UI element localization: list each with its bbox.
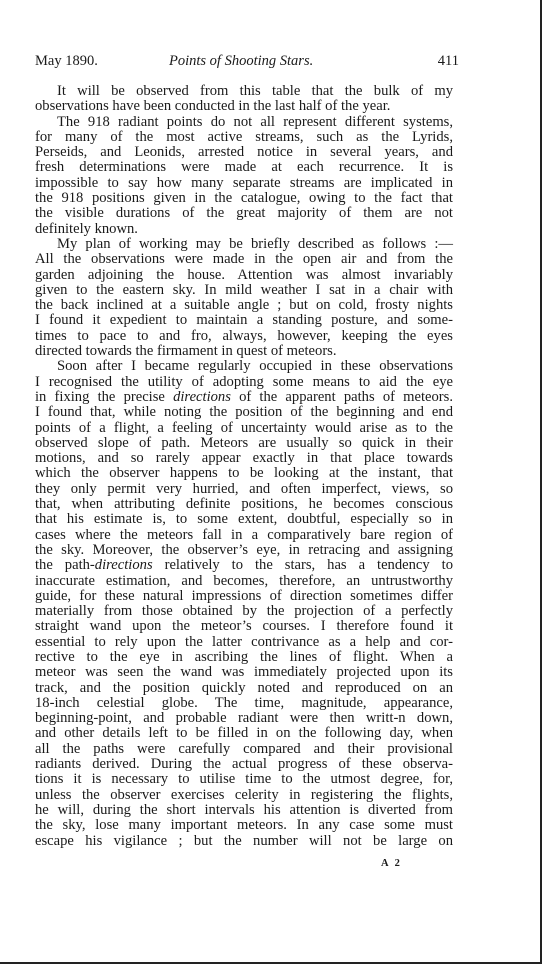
text-line: inaccurate estimation, and becomes, ther… (35, 574, 453, 589)
text-line: essential to rely upon the latter contri… (35, 635, 453, 650)
text-line: Perseids, and Leonids, arrested notice i… (35, 145, 453, 160)
text-line: for many of the most active streams, suc… (35, 130, 453, 145)
article-title: Points of Shooting Stars. (169, 53, 313, 70)
text-line: that, when attributing definite position… (35, 497, 453, 512)
text-line: he will, during the short intervals his … (35, 803, 453, 818)
text-line: materially from those obtained by the pr… (35, 604, 453, 619)
text-line: points of a flight, a feeling of uncerta… (35, 421, 453, 436)
paragraph-2: The 918 radiant points do not all repres… (35, 115, 453, 237)
text-line: observed slope of path. Meteors are usua… (35, 436, 453, 451)
date-header: May 1890. (35, 53, 98, 70)
text-line: track, and the position quickly noted an… (35, 681, 453, 696)
text-line: straight wand upon the meteor’s courses.… (35, 619, 453, 634)
text-line: rective to the eye in ascribing the line… (35, 650, 453, 665)
text-line: the visible durations of the great major… (35, 206, 453, 221)
text-line: the sky. Moreover, the observer’s eye, i… (35, 543, 453, 558)
paragraph-3: My plan of working may be briefly descri… (35, 237, 453, 359)
text-line: meteor was seen the wand was immediately… (35, 665, 453, 680)
text-line: radiants derived. During the actual prog… (35, 757, 453, 772)
text-line: definitely known. (35, 222, 453, 237)
text-line: I found it expedient to maintain a stand… (35, 313, 453, 328)
text-line: given to the eastern sky. In mild weathe… (35, 283, 453, 298)
text-line: times to pace to and fro, always, howeve… (35, 329, 453, 344)
text-line: that his estimate is, to some extent, do… (35, 512, 453, 527)
text-line: all the paths were carefully compared an… (35, 742, 453, 757)
text-line: I recognised the utility of adopting som… (35, 375, 453, 390)
text-line: escape his vigilance ; but the number wi… (35, 834, 453, 849)
text-line: beginning-point, and probable radiant we… (35, 711, 453, 726)
page-number: 411 (438, 53, 459, 70)
text-line: directed towards the firmament in quest … (35, 344, 453, 359)
text-line: fresh determinations were made at each r… (35, 160, 453, 175)
text-line: All the observations were made in the op… (35, 252, 453, 267)
text-line: It will be observed from this table that… (35, 84, 453, 99)
text-line: the 918 positions given in the catalogue… (35, 191, 453, 206)
text-line: impossible to say how many separate stre… (35, 176, 453, 191)
paragraph-1: It will be observed from this table that… (35, 84, 453, 115)
body-text: It will be observed from this table that… (35, 84, 453, 849)
text-line: motions, and so rarely appear exactly in… (35, 451, 453, 466)
running-head: May 1890. Points of Shooting Stars. 411 (35, 53, 453, 71)
text-line: tions it is necessary to utilise time to… (35, 772, 453, 787)
text-line: Soon after I became regularly occupied i… (35, 359, 453, 374)
text-line: My plan of working may be briefly descri… (35, 237, 453, 252)
text-line: the path-directions relatively to the st… (35, 558, 453, 573)
text-line: observations have been conducted in the … (35, 99, 453, 114)
text-line: guide, for these natural impressions of … (35, 589, 453, 604)
text-line: the back inclined at a suitable angle ; … (35, 298, 453, 313)
text-line: cases where the meteors fall in a compar… (35, 528, 453, 543)
emphasis-text: directions (95, 557, 153, 573)
text-line: unless the observer exercises celerity i… (35, 788, 453, 803)
text-line: I found that, while noting the position … (35, 405, 453, 420)
text-line: 18-inch celestial globe. The time, magni… (35, 696, 453, 711)
document-page: May 1890. Points of Shooting Stars. 411 … (0, 0, 542, 964)
text-line: and other details left to be filled in o… (35, 726, 453, 741)
signature-mark: A 2 (381, 858, 402, 869)
text-line: the sky, lose many important meteors. In… (35, 818, 453, 833)
text-line: garden adjoining the house. Attention wa… (35, 268, 453, 283)
text-line: they only permit very hurried, and often… (35, 482, 453, 497)
emphasis-text: directions (173, 389, 231, 405)
text-line: The 918 radiant points do not all repres… (35, 115, 453, 130)
text-line: which the observer happens to be looking… (35, 466, 453, 481)
text-line: in fixing the precise directions of the … (35, 390, 453, 405)
paragraph-4: Soon after I became regularly occupied i… (35, 359, 453, 849)
